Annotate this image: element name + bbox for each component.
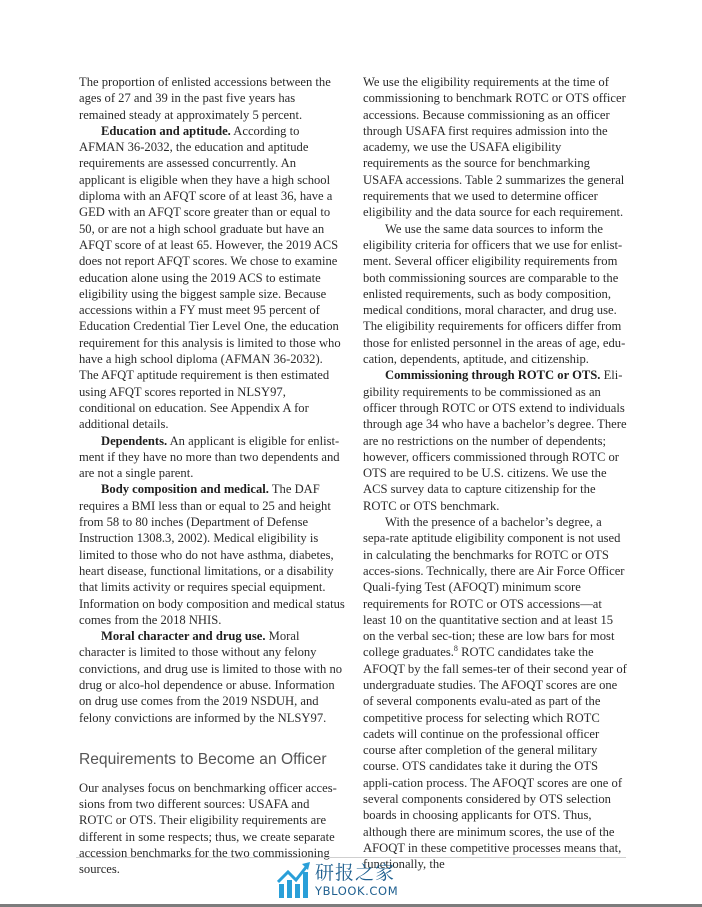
paragraph-text: Eli-gibility requirements to be commissi… xyxy=(363,368,627,512)
section-heading: Requirements to Become an Officer xyxy=(79,750,345,770)
rising-chart-icon xyxy=(277,860,311,900)
paragraph-rotc-ots: Commissioning through ROTC or OTS. Eli-g… xyxy=(363,367,627,514)
paragraph-age-proportion: The proportion of enlisted accessions be… xyxy=(79,74,345,123)
paragraph-commissioning-benchmark: We use the eligibility requirements at t… xyxy=(363,74,627,221)
run-in-heading-education: Education and aptitude. xyxy=(101,124,231,138)
paragraph-education-aptitude: Education and aptitude. According to AFM… xyxy=(79,123,345,433)
watermark-logo: 研报之家 YBLOOK.COM xyxy=(277,858,398,902)
run-in-heading-moral: Moral character and drug use. xyxy=(101,629,266,643)
logo-domain-text: YBLOOK.COM xyxy=(315,884,398,898)
paragraph-text: ROTC candidates take the AFOQT by the fa… xyxy=(363,645,627,871)
paragraph-data-sources: We use the same data sources to inform t… xyxy=(363,221,627,368)
paragraph-afoqt: With the presence of a bachelor’s degree… xyxy=(363,514,627,873)
run-in-heading-dependents: Dependents. xyxy=(101,434,167,448)
run-in-heading-body-medical: Body composition and medical. xyxy=(101,482,269,496)
paragraph-text: With the presence of a bachelor’s degree… xyxy=(363,515,625,659)
paragraph-dependents: Dependents. An applicant is eligible for… xyxy=(79,433,345,482)
logo-chinese-text: 研报之家 xyxy=(315,862,398,884)
document-page: The proportion of enlisted accessions be… xyxy=(0,0,702,907)
run-in-heading-rotc: Commissioning through ROTC or OTS. xyxy=(385,368,600,382)
right-column: We use the eligibility requirements at t… xyxy=(363,74,627,873)
paragraph-body-medical: Body composition and medical. The DAF re… xyxy=(79,481,345,628)
paragraph-text: Moral character is limited to those with… xyxy=(79,629,342,724)
left-column: The proportion of enlisted accessions be… xyxy=(79,74,345,878)
paragraph-moral-drug: Moral character and drug use. Moral char… xyxy=(79,628,345,726)
paragraph-text: The DAF requires a BMI less than or equa… xyxy=(79,482,345,626)
paragraph-text: According to AFMAN 36-2032, the educatio… xyxy=(79,124,341,431)
